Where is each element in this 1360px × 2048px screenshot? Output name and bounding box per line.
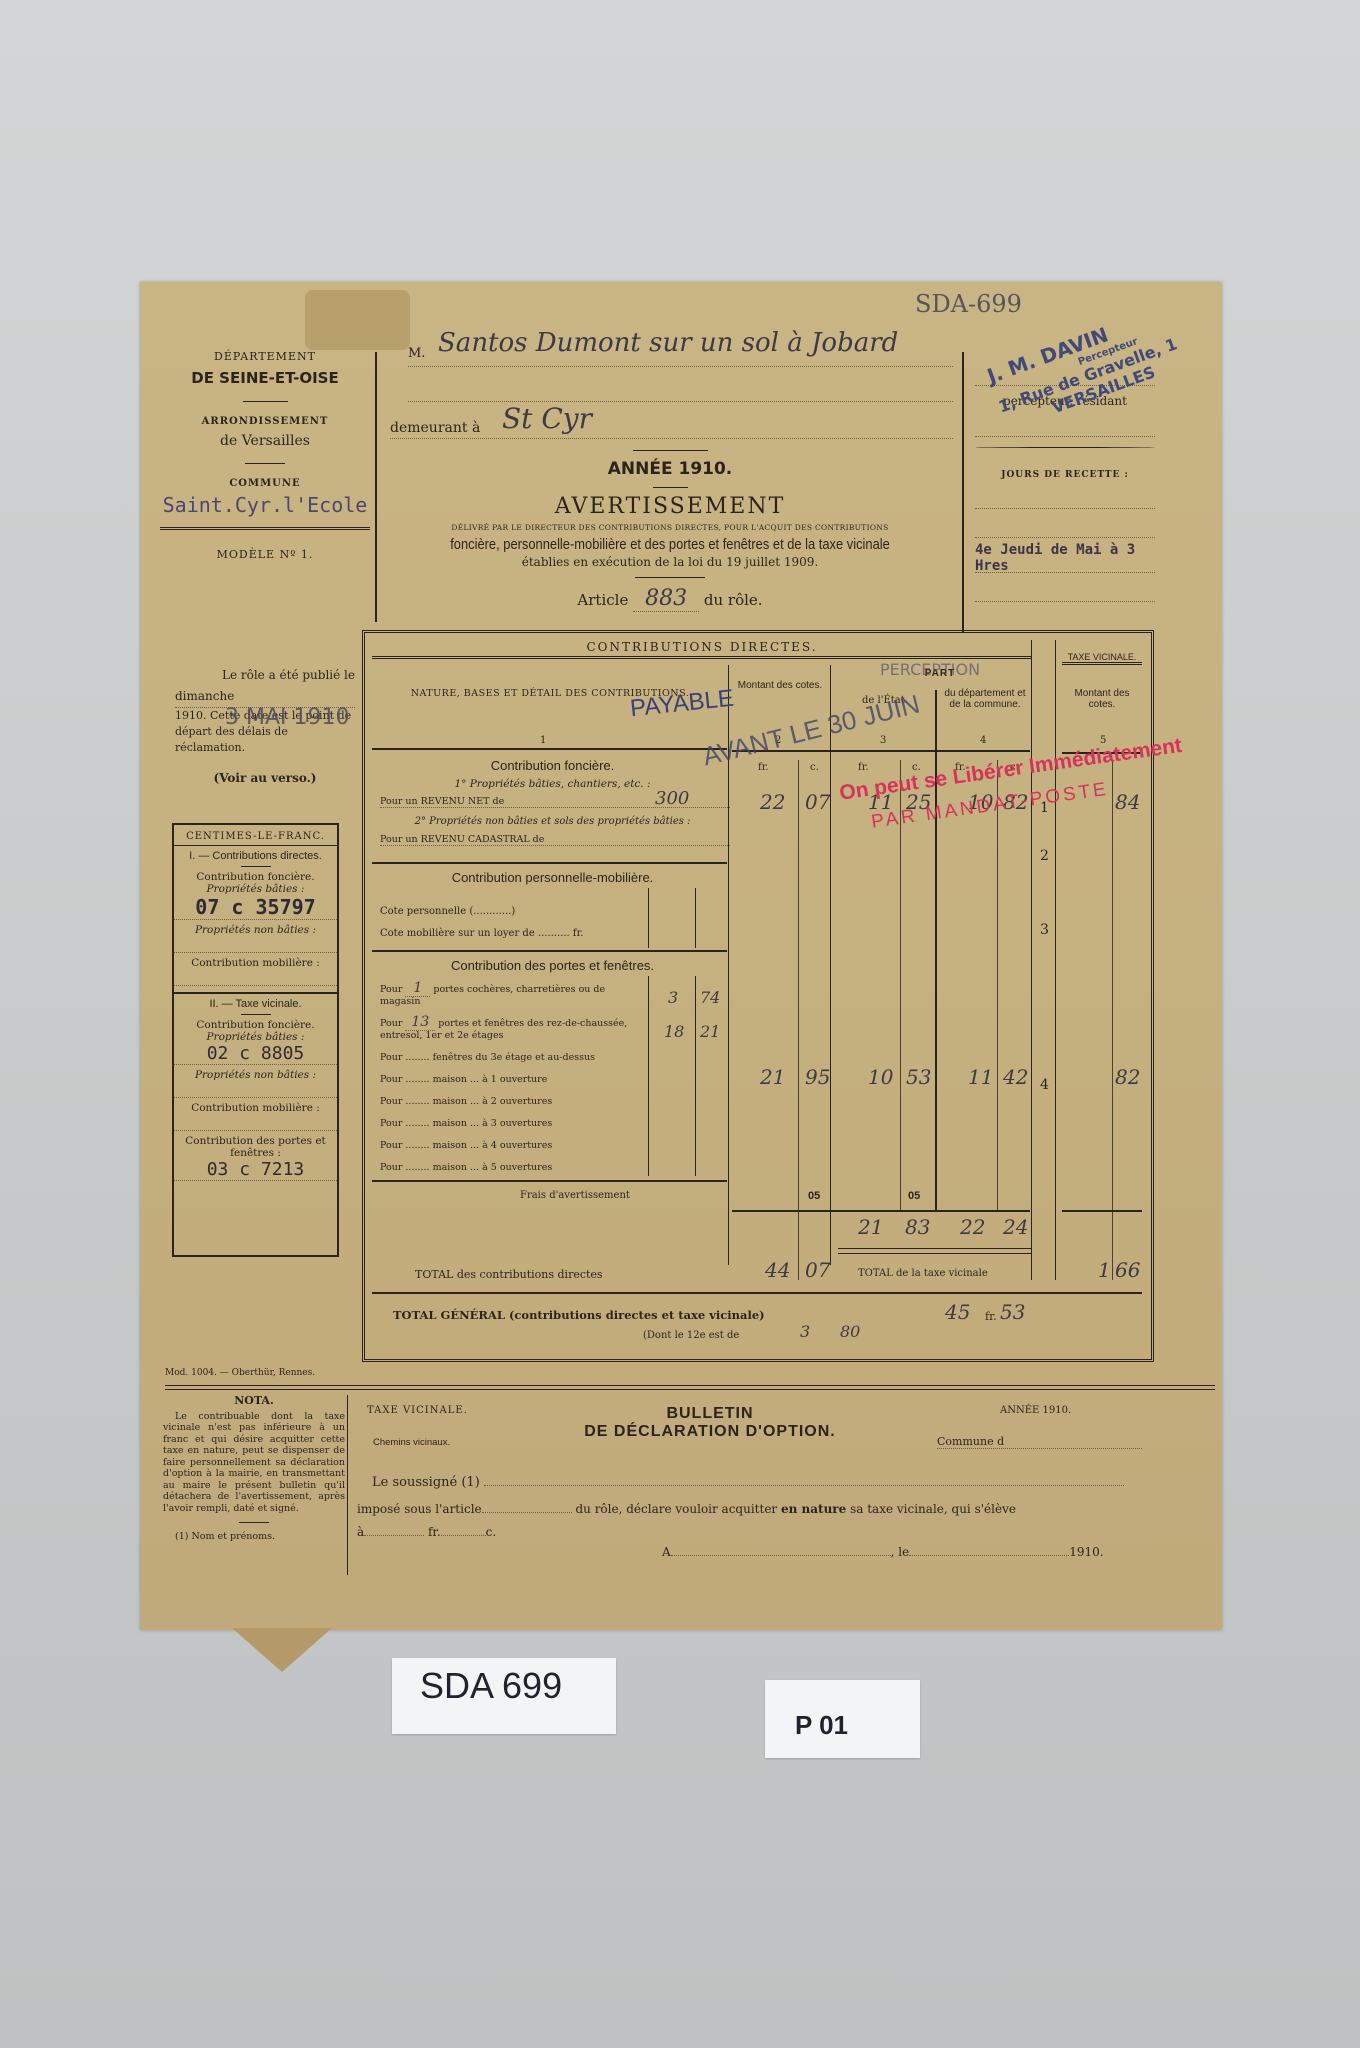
nota-block: NOTA. Le contribuable dont la taxe vicin… bbox=[163, 1395, 345, 1543]
total-vicinale-fr: 1 bbox=[1098, 1258, 1111, 1282]
total-general-label: TOTAL GÉNÉRAL (contributions directes et… bbox=[393, 1308, 765, 1322]
c-header: c. bbox=[810, 762, 819, 773]
total-general-fr: 45 bbox=[945, 1300, 970, 1324]
col4-num: 4 bbox=[980, 735, 986, 746]
portes-fr: 3 bbox=[668, 988, 678, 1007]
commune-stamp: Saint.Cyr.l'Ecole bbox=[160, 493, 370, 517]
chemins-vicinaux: Chemins vicinaux. bbox=[373, 1437, 450, 1448]
revenu-net-value: 300 bbox=[655, 788, 689, 809]
centimes-title: CENTIMES-LE-FRANC. bbox=[174, 825, 337, 846]
demeurant-value: St Cyr bbox=[502, 402, 592, 435]
section1-title: I. — Contributions directes. bbox=[174, 850, 337, 862]
c-label: c. bbox=[486, 1525, 497, 1539]
article-line: Article 883 du rôle. bbox=[380, 586, 960, 611]
pour-label: Pour bbox=[380, 1096, 402, 1107]
m-label: M. bbox=[408, 346, 425, 361]
pour-label: Pour bbox=[380, 1074, 402, 1085]
sign-le: , le bbox=[891, 1545, 910, 1559]
portes-c: 21 bbox=[700, 1022, 720, 1041]
sign-year: 1910. bbox=[1069, 1545, 1103, 1559]
taxes-text: foncière, personnelle-mobilière et des p… bbox=[421, 536, 920, 553]
publication-text1: Le rôle a été publié le bbox=[175, 665, 355, 686]
addressee-name: Santos Dumont sur un sol à Jobard bbox=[438, 328, 898, 358]
s1-baties-value: 07 c 35797 bbox=[174, 895, 337, 920]
total-directes-fr: 44 bbox=[765, 1258, 790, 1282]
fonciere-2-line: Pour un REVENU CADASTRAL de bbox=[380, 834, 730, 846]
section2-title: II. — Taxe vicinale. bbox=[174, 998, 337, 1010]
s1-mobiliere: Contribution mobilière : bbox=[174, 957, 337, 969]
portes-c: 74 bbox=[700, 988, 720, 1007]
subtotal-etat-c: 83 bbox=[905, 1215, 930, 1239]
portes-row: Pour ........ fenêtres du 3e étage et au… bbox=[380, 1052, 645, 1063]
pour-label: Pour bbox=[380, 984, 402, 995]
portes-row: Pour ........ maison ... à 1 ouverture bbox=[380, 1074, 645, 1085]
detach-line bbox=[165, 1385, 1215, 1390]
pour-label: Pour bbox=[380, 1052, 402, 1063]
portes-fr: 18 bbox=[664, 1022, 684, 1041]
line-label: Pour un REVENU CADASTRAL de bbox=[380, 834, 544, 845]
article-value: 883 bbox=[633, 586, 699, 612]
subtotal-etat-fr: 21 bbox=[858, 1215, 883, 1239]
total-directes-c: 07 bbox=[805, 1258, 830, 1282]
fr-label: fr. bbox=[428, 1525, 441, 1539]
portes-dept-fr: 11 bbox=[968, 1065, 993, 1089]
commune-label: COMMUNE bbox=[160, 478, 370, 489]
pour-label: Pour bbox=[380, 1140, 402, 1151]
declare-text: du rôle, déclare vouloir acquitter bbox=[575, 1502, 777, 1516]
fr-header: fr. bbox=[858, 762, 869, 773]
fonciere-montant-c: 07 bbox=[805, 790, 830, 814]
douzieme-fr: 3 bbox=[800, 1322, 810, 1341]
table-title: CONTRIBUTIONS DIRECTES. bbox=[372, 640, 1032, 659]
sign-a: A bbox=[662, 1545, 671, 1559]
total-vicinale-label: TOTAL de la taxe vicinale bbox=[858, 1268, 988, 1279]
addressee: M. Santos Dumont sur un sol à Jobard dem… bbox=[408, 330, 953, 439]
torn-tab bbox=[232, 1628, 332, 1672]
declare-text-end: sa taxe vicinale, qui s'élève bbox=[850, 1502, 1016, 1516]
portes-row: Pour 13 portes et fenêtres des rez-de-ch… bbox=[380, 1016, 645, 1042]
delivered-text: DÉLIVRÉ PAR LE DIRECTEUR DES CONTRIBUTIO… bbox=[380, 523, 960, 532]
bulletin-title-2: DE DÉCLARATION D'OPTION. bbox=[570, 1423, 850, 1441]
portes-text: maison ... à 1 ouverture bbox=[433, 1074, 548, 1085]
departement: DE SEINE-ET-OISE bbox=[160, 369, 370, 387]
perception-stamp: PERCEPTION bbox=[880, 660, 980, 679]
frais-etat-c: 05 bbox=[908, 1190, 920, 1202]
portes-row: Pour ........ maison ... à 5 ouvertures bbox=[380, 1162, 645, 1173]
douzieme-c: 80 bbox=[840, 1322, 860, 1341]
bulletin-line-2: imposé sous l'article du rôle, déclare v… bbox=[357, 1502, 1157, 1516]
bulletin-title: BULLETIN DE DÉCLARATION D'OPTION. bbox=[570, 1405, 850, 1441]
pour-label: Pour bbox=[380, 1118, 402, 1129]
departement-label: DÉPARTEMENT bbox=[160, 350, 370, 363]
frais-montant-c: 05 bbox=[808, 1190, 820, 1202]
loi-text: établies en exécution de la loi du 19 ju… bbox=[380, 555, 960, 569]
arrondissement-label: ARRONDISSEMENT bbox=[160, 416, 370, 427]
row-number: 3 bbox=[1040, 922, 1049, 938]
bulletin-line-1: Le soussigné (1) bbox=[372, 1475, 1152, 1490]
centimes-box: CENTIMES-LE-FRANC. I. — Contributions di… bbox=[172, 823, 339, 1257]
row-number: 4 bbox=[1040, 1077, 1049, 1093]
voir-verso: (Voir au verso.) bbox=[175, 768, 355, 789]
modele: MODÈLE Nº 1. bbox=[160, 548, 370, 561]
s2-portes: Contribution des portes et fenêtres : bbox=[174, 1135, 337, 1159]
portes-tv-c: 82 bbox=[1115, 1065, 1140, 1089]
fr-label: fr. bbox=[985, 1310, 997, 1323]
taxe-vicinale-header: TAXE VICINALE. bbox=[1062, 652, 1142, 665]
s2-baties-value: 02 c 8805 bbox=[174, 1043, 337, 1065]
avertissement-title: AVERTISSEMENT bbox=[380, 494, 960, 519]
article-label: imposé sous l'article bbox=[357, 1502, 482, 1516]
portes-text: maison ... à 5 ouvertures bbox=[433, 1162, 553, 1173]
s2-baties: Propriétés bâties : bbox=[174, 1031, 337, 1043]
article-suffix: du rôle. bbox=[704, 591, 763, 609]
a-label: à bbox=[357, 1525, 364, 1539]
subtotal-dept-fr: 22 bbox=[960, 1215, 985, 1239]
portes-montant-fr: 21 bbox=[760, 1065, 785, 1089]
s1-non-baties: Propriétés non bâties : bbox=[174, 924, 337, 936]
col3-num: 3 bbox=[880, 735, 886, 746]
col5-header: Montant des cotes. bbox=[1062, 688, 1142, 710]
publication-date-stamp: 3 MAI 1910 bbox=[225, 705, 350, 730]
s1-fonciere: Contribution foncière. bbox=[174, 871, 337, 883]
bulletin-title-1: BULLETIN bbox=[570, 1405, 850, 1423]
s2-non-baties: Propriétés non bâties : bbox=[174, 1069, 337, 1081]
soussigne-label: Le soussigné (1) bbox=[372, 1475, 480, 1490]
en-nature: en nature bbox=[781, 1502, 846, 1516]
douzieme-label: (Dont le 12e est de bbox=[643, 1330, 739, 1341]
portes-row: Pour ........ maison ... à 3 ouvertures bbox=[380, 1118, 645, 1129]
left-header: DÉPARTEMENT DE SEINE-ET-OISE ARRONDISSEM… bbox=[160, 350, 370, 561]
portes-title: Contribution des portes et fenêtres. bbox=[380, 958, 725, 973]
nota-footnote: (1) Nom et prénoms. bbox=[175, 1531, 345, 1543]
portes-text: maison ... à 3 ouvertures bbox=[433, 1118, 553, 1129]
portes-row: Pour 1 portes cochères, charretières ou … bbox=[380, 982, 645, 1008]
fonciere-2: 2° Propriétés non bâties et sols des pro… bbox=[380, 816, 725, 827]
arrondissement: de Versailles bbox=[160, 433, 370, 449]
page-label: P 01 bbox=[765, 1680, 920, 1758]
divider bbox=[962, 352, 964, 632]
jours-label: JOURS DE RECETTE : bbox=[975, 470, 1155, 480]
portes-text: fenêtres du 3e étage et au-dessus bbox=[433, 1052, 595, 1063]
bulletin-commune: Commune d bbox=[937, 1435, 1142, 1449]
frais-label: Frais d'avertissement bbox=[520, 1190, 630, 1201]
nota-text: Le contribuable dont la taxe vicinale n'… bbox=[163, 1411, 345, 1515]
article-label: Article bbox=[577, 591, 628, 609]
row-number: 2 bbox=[1040, 848, 1049, 864]
portes-row: Pour ........ maison ... à 2 ouvertures bbox=[380, 1096, 645, 1107]
collection-label: SDA 699 bbox=[392, 1658, 616, 1734]
s2-portes-value: 03 c 7213 bbox=[174, 1159, 337, 1181]
col1-num: 1 bbox=[540, 735, 546, 746]
s1-baties: Propriétés bâties : bbox=[174, 883, 337, 895]
col4-header: du département et de la commune. bbox=[940, 688, 1030, 710]
annee: ANNÉE 1910. bbox=[380, 459, 960, 479]
jours-value: 4e Jeudi de Mai à 3 Hres bbox=[975, 538, 1155, 573]
fr-header: fr. bbox=[758, 762, 769, 773]
s2-mobiliere: Contribution mobilière : bbox=[174, 1102, 337, 1114]
portes-row: Pour ........ maison ... à 4 ouvertures bbox=[380, 1140, 645, 1151]
total-directes-label: TOTAL des contributions directes bbox=[415, 1268, 603, 1281]
stain bbox=[305, 290, 410, 350]
portes-text: maison ... à 2 ouvertures bbox=[433, 1096, 553, 1107]
demeurant-label: demeurant à bbox=[390, 420, 480, 436]
portes-count: 1 bbox=[405, 980, 430, 997]
mobiliere-1: Cote personnelle (............) bbox=[380, 906, 640, 917]
pour-label: Pour bbox=[380, 1162, 402, 1173]
fonciere-tv-c: 84 bbox=[1115, 790, 1140, 814]
portes-dept-c: 42 bbox=[1003, 1065, 1028, 1089]
portes-etat-c: 53 bbox=[906, 1065, 931, 1089]
bulletin-line-3: à fr.c. bbox=[357, 1525, 496, 1539]
fonciere-title: Contribution foncière. bbox=[380, 758, 725, 773]
col2-header: Montant des cotes. bbox=[735, 680, 825, 691]
total-vicinale-c: 66 bbox=[1115, 1258, 1140, 1282]
bulletin-annee: ANNÉE 1910. bbox=[1000, 1405, 1071, 1416]
fonciere-montant-fr: 22 bbox=[760, 790, 785, 814]
portes-count: 13 bbox=[405, 1014, 435, 1031]
bulletin-signature-line: A, le1910. bbox=[662, 1545, 1104, 1559]
title-block: ANNÉE 1910. AVERTISSEMENT DÉLIVRÉ PAR LE… bbox=[380, 450, 960, 611]
mobiliere-2: Cote mobilière sur un loyer de .........… bbox=[380, 928, 640, 939]
subtotal-dept-c: 24 bbox=[1003, 1215, 1028, 1239]
pour-label: Pour bbox=[380, 1018, 402, 1029]
mobiliere-title: Contribution personnelle-mobilière. bbox=[380, 870, 725, 885]
line-label: Pour un REVENU NET de bbox=[380, 796, 504, 807]
s2-fonciere: Contribution foncière. bbox=[174, 1019, 337, 1031]
bulletin-taxe-label: TAXE VICINALE. bbox=[367, 1405, 468, 1416]
portes-montant-c: 95 bbox=[805, 1065, 830, 1089]
nota-title: NOTA. bbox=[163, 1395, 345, 1407]
portes-text: maison ... à 4 ouvertures bbox=[433, 1140, 553, 1151]
divider bbox=[375, 352, 377, 622]
printer-mark: Mod. 1004. — Oberthür, Rennes. bbox=[165, 1368, 315, 1378]
total-general-c: 53 bbox=[1000, 1300, 1025, 1324]
portes-etat-fr: 10 bbox=[868, 1065, 893, 1089]
